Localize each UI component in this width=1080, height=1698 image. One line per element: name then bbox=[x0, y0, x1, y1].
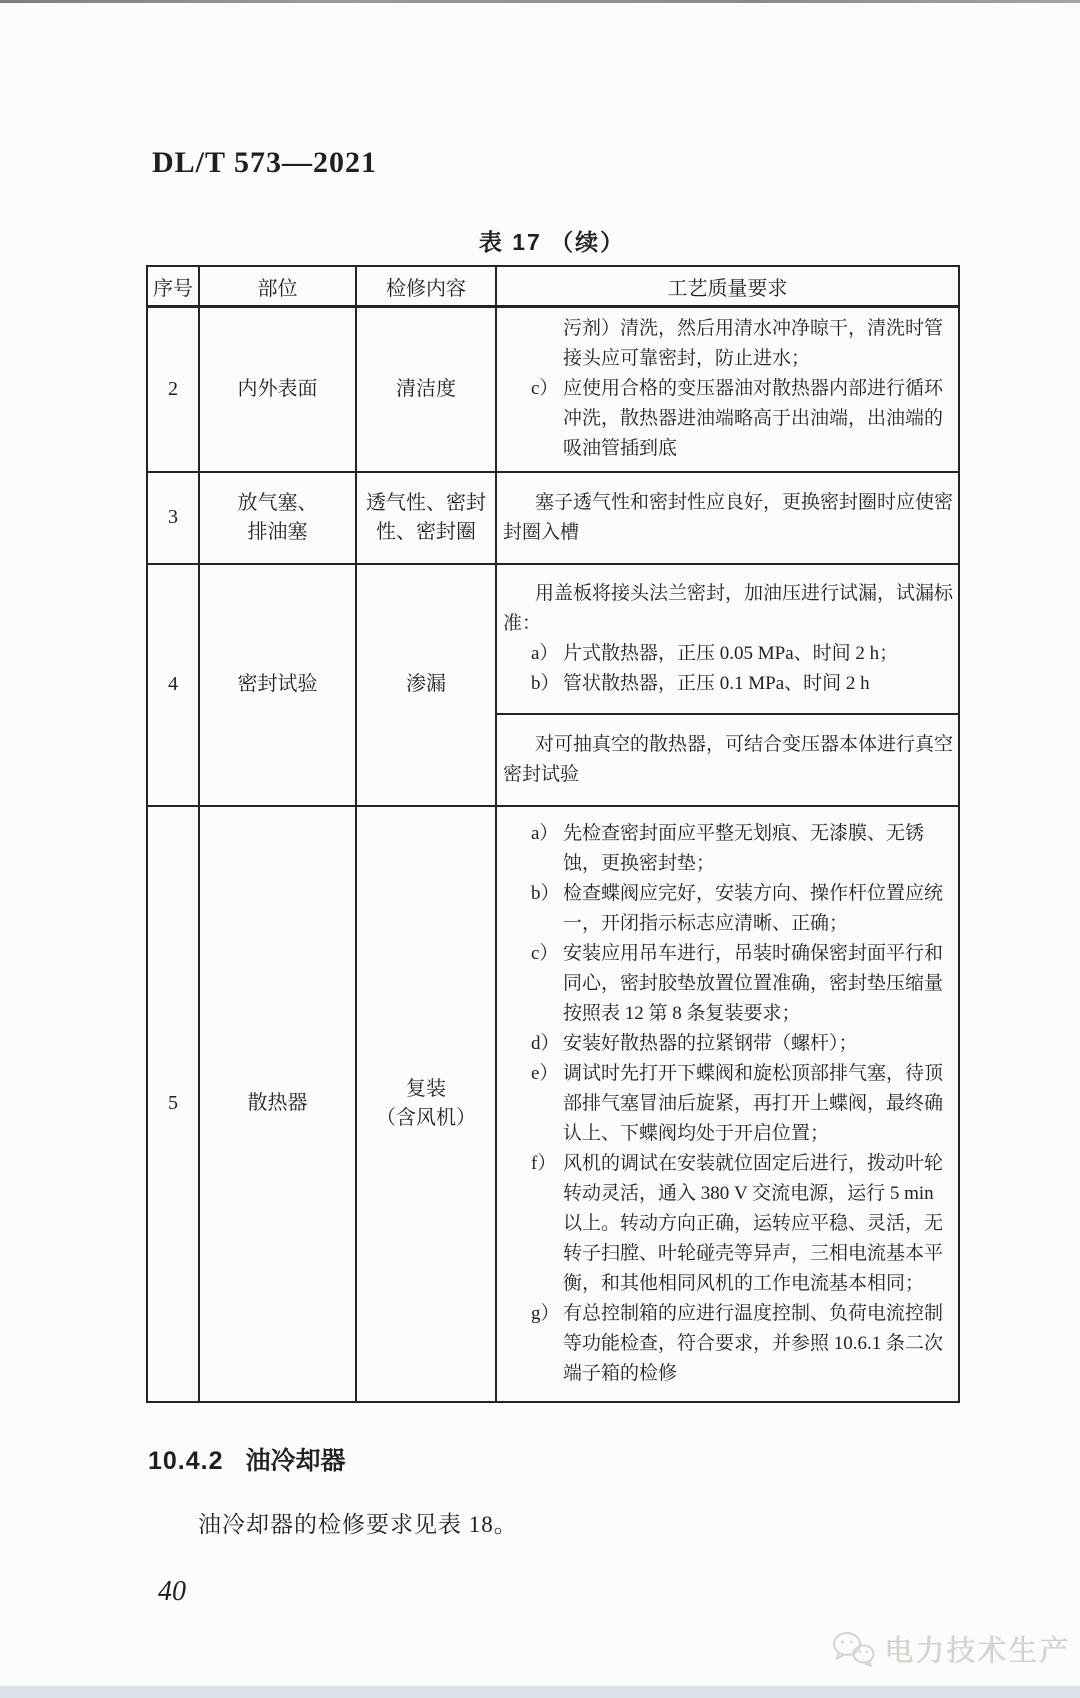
repair-requirements-table: 序号 部位 检修内容 工艺质量要求 2 内外表面 清洁度 污剂）清洗，然后用清水… bbox=[146, 265, 960, 1403]
item-text: 风机的调试在安装就位固定后进行，拨动叶轮转动灵活，通入 380 V 交流电源，运… bbox=[563, 1153, 943, 1294]
table-row-4a: 4 密封试验 渗漏 用盖板将接头法兰密封，加油压进行试漏，试漏标准：a）片式散热… bbox=[147, 564, 959, 714]
cell-requirement-lower: 对可抽真空的散热器，可结合变压器本体进行真空密封试验 bbox=[496, 714, 959, 806]
watermark-text: 电力技术生产 bbox=[884, 1628, 1070, 1669]
item-marker: b） bbox=[531, 879, 560, 909]
requirement-paragraph: 用盖板将接头法兰密封，加油压进行试漏，试漏标准： bbox=[503, 579, 954, 639]
table-caption: 表 17 （续） bbox=[146, 224, 958, 257]
section-title: 油冷却器 bbox=[246, 1447, 346, 1475]
col-header-requirement: 工艺质量要求 bbox=[496, 266, 959, 307]
col-header-seq: 序号 bbox=[147, 266, 199, 307]
cell-content: 复装 （含风机） bbox=[356, 806, 496, 1402]
item-text: 管状散热器，正压 0.1 MPa、时间 2 h bbox=[563, 673, 870, 694]
cell-seq: 4 bbox=[147, 564, 199, 806]
item-marker: a） bbox=[531, 639, 558, 669]
requirement-item: c）应使用合格的变压器油对散热器内部进行循环冲洗，散热器进油端略高于出油端，出油… bbox=[503, 374, 954, 464]
item-marker: e） bbox=[531, 1059, 558, 1089]
item-marker: f） bbox=[531, 1149, 556, 1179]
scan-top-edge bbox=[0, 0, 1080, 3]
requirement-item: c）安装应用吊车进行，吊装时确保密封面平行和同心，密封胶垫放置位置准确，密封垫压… bbox=[503, 939, 954, 1029]
requirement-item: a）片式散热器，正压 0.05 MPa、时间 2 h； bbox=[503, 639, 954, 669]
item-marker: b） bbox=[531, 669, 560, 699]
document-page: DL/T 573—2021 表 17 （续） 序号 部位 检修内容 工艺质量要求… bbox=[0, 0, 1080, 1698]
cell-content: 透气性、密封 性、密封圈 bbox=[356, 472, 496, 564]
cell-seq: 3 bbox=[147, 472, 199, 564]
col-header-content: 检修内容 bbox=[356, 266, 496, 307]
item-text: 有总控制箱的应进行温度控制、负荷电流控制等功能检查，符合要求，并参照 10.6.… bbox=[563, 1303, 943, 1384]
table-row-3: 3 放气塞、 排油塞 透气性、密封 性、密封圈 塞子透气性和密封性应良好，更换密… bbox=[147, 472, 959, 564]
item-text: 先检查密封面应平整无划痕、无漆膜、无锈蚀，更换密封垫； bbox=[563, 823, 924, 874]
section-heading: 10.4.2油冷却器 bbox=[148, 1441, 346, 1477]
table-row-5: 5 散热器 复装 （含风机） a）先检查密封面应平整无划痕、无漆膜、无锈蚀，更换… bbox=[147, 806, 959, 1402]
requirement-item: a）先检查密封面应平整无划痕、无漆膜、无锈蚀，更换密封垫； bbox=[503, 819, 954, 879]
item-text: 检查蝶阀应完好，安装方向、操作杆位置应统一，开闭指示标志应清晰、正确； bbox=[563, 883, 943, 934]
cell-seq: 2 bbox=[147, 307, 199, 472]
requirement-paragraph: 污剂）清洗，然后用清水冲净晾干，清洗时管接头应可靠密封，防止进水； bbox=[503, 314, 954, 374]
item-text: 安装好散热器的拉紧钢带（螺杆）； bbox=[563, 1033, 858, 1054]
cell-requirement: a）先检查密封面应平整无划痕、无漆膜、无锈蚀，更换密封垫；b）检查蝶阀应完好，安… bbox=[496, 806, 959, 1402]
cell-part: 放气塞、 排油塞 bbox=[199, 472, 356, 564]
scan-bottom-band bbox=[0, 1686, 1080, 1698]
cell-requirement-upper: 用盖板将接头法兰密封，加油压进行试漏，试漏标准：a）片式散热器，正压 0.05 … bbox=[496, 564, 959, 714]
cell-seq: 5 bbox=[147, 806, 199, 1402]
wechat-icon bbox=[832, 1631, 876, 1667]
requirement-paragraph: 塞子透气性和密封性应良好，更换密封圈时应使密封圈入槽 bbox=[503, 488, 954, 548]
item-marker: c） bbox=[531, 939, 558, 969]
requirement-paragraph: 对可抽真空的散热器，可结合变压器本体进行真空密封试验 bbox=[503, 730, 954, 790]
page-number: 40 bbox=[158, 1576, 186, 1608]
item-marker: a） bbox=[531, 819, 558, 849]
requirement-item: g）有总控制箱的应进行温度控制、负荷电流控制等功能检查，符合要求，并参照 10.… bbox=[503, 1299, 954, 1389]
watermark: 电力技术生产 bbox=[832, 1628, 1070, 1669]
requirement-item: d）安装好散热器的拉紧钢带（螺杆）； bbox=[503, 1029, 954, 1059]
cell-requirement: 塞子透气性和密封性应良好，更换密封圈时应使密封圈入槽 bbox=[496, 472, 959, 564]
section-number: 10.4.2 bbox=[148, 1447, 224, 1475]
item-marker: c） bbox=[531, 374, 558, 404]
table-row-2: 2 内外表面 清洁度 污剂）清洗，然后用清水冲净晾干，清洗时管接头应可靠密封，防… bbox=[147, 307, 959, 472]
standard-code: DL/T 573—2021 bbox=[152, 146, 377, 180]
table-header-row: 序号 部位 检修内容 工艺质量要求 bbox=[147, 266, 959, 307]
requirement-item: f）风机的调试在安装就位固定后进行，拨动叶轮转动灵活，通入 380 V 交流电源… bbox=[503, 1149, 954, 1299]
item-marker: d） bbox=[531, 1029, 560, 1059]
cell-part: 密封试验 bbox=[199, 564, 356, 806]
requirement-item: e）调试时先打开下蝶阀和旋松顶部排气塞，待顶部排气塞冒油后旋紧，再打开上蝶阀，最… bbox=[503, 1059, 954, 1149]
requirement-item: b）检查蝶阀应完好，安装方向、操作杆位置应统一，开闭指示标志应清晰、正确； bbox=[503, 879, 954, 939]
cell-content: 渗漏 bbox=[356, 564, 496, 806]
item-text: 安装应用吊车进行，吊装时确保密封面平行和同心，密封胶垫放置位置准确，密封垫压缩量… bbox=[563, 943, 943, 1024]
col-header-part: 部位 bbox=[199, 266, 356, 307]
item-text: 应使用合格的变压器油对散热器内部进行循环冲洗，散热器进油端略高于出油端，出油端的… bbox=[563, 378, 943, 459]
cell-part: 内外表面 bbox=[199, 307, 356, 472]
cell-content: 清洁度 bbox=[356, 307, 496, 472]
item-text: 调试时先打开下蝶阀和旋松顶部排气塞，待顶部排气塞冒油后旋紧，再打开上蝶阀，最终确… bbox=[563, 1063, 943, 1144]
cell-part: 散热器 bbox=[199, 806, 356, 1402]
body-paragraph: 油冷却器的检修要求见表 18。 bbox=[198, 1506, 518, 1539]
item-marker: g） bbox=[531, 1299, 560, 1329]
cell-requirement: 污剂）清洗，然后用清水冲净晾干，清洗时管接头应可靠密封，防止进水；c）应使用合格… bbox=[496, 307, 959, 472]
requirement-item: b）管状散热器，正压 0.1 MPa、时间 2 h bbox=[503, 669, 954, 699]
item-text: 片式散热器，正压 0.05 MPa、时间 2 h； bbox=[563, 643, 898, 664]
